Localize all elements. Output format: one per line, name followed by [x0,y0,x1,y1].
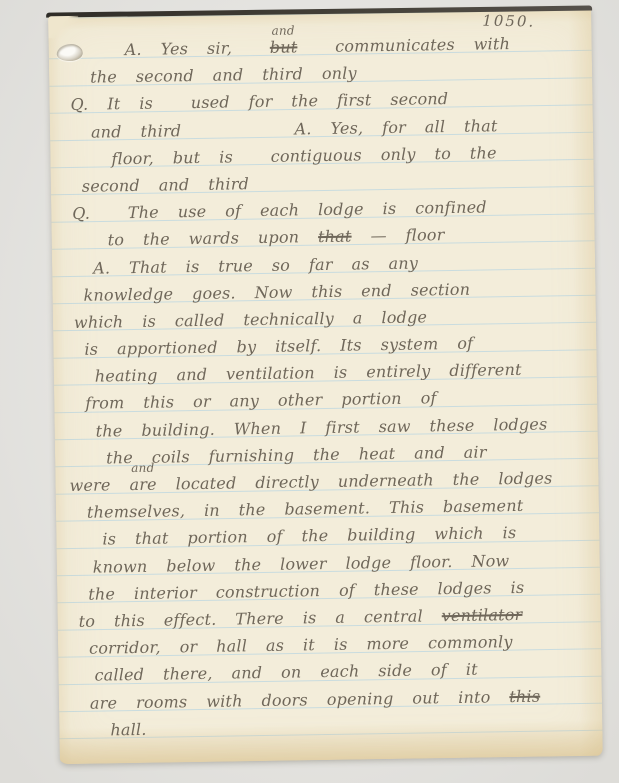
text-segment: the interior construction of these lodge… [88,578,524,604]
inserted-word-above: and [271,24,294,36]
scan-background: 1050. A. Yes sir, butand communicates wi… [0,0,619,783]
text-segment: A. That is true so far as any [93,253,418,277]
text-segment: located directly underneath the lodges [157,468,553,493]
text-segment: Q. The use of each lodge is confined [72,198,487,224]
text-segment: and third A. Yes, for all that [91,116,498,141]
text-segment: is apportioned by itself. Its system of [84,334,473,359]
struck-word: butand [270,37,298,56]
text-segment: A. Yes sir, [125,38,270,59]
manuscript-page: 1050. A. Yes sir, butand communicates wi… [48,8,603,764]
text-segment: the building. When I first saw these lod… [96,414,548,440]
struck-word: ventilator [442,605,523,625]
text-segment: areand [129,475,157,494]
text-segment: to this effect. There is a central [79,606,442,631]
text-segment: from this or any other portion of [85,389,437,414]
manuscript-text: A. Yes sir, butand communicates withthe … [48,29,602,744]
text-segment: called there, and on each side of it [94,660,478,685]
text-segment: is that portion of the building which is [102,523,516,549]
text-segment: themselves, in the basement. This baseme… [87,496,524,522]
text-segment: knowledge goes. Now this end section [83,279,470,304]
text-segment: — floor [351,225,444,245]
corner-fold [48,16,78,38]
struck-word: this [509,686,540,705]
text-segment: second and third [82,174,250,196]
text-segment: corridor, or hall as it is more commonly [89,632,513,658]
struck-word: that [318,227,352,247]
text-segment: floor, but is contiguous only to the [111,143,497,168]
text-segment: heating and ventilation is entirely diff… [95,360,522,386]
text-segment: communicates with [297,34,510,56]
text-segment: to the wards upon [108,227,319,249]
text-segment: are rooms with doors opening out into [90,687,510,713]
text-segment: were [69,475,129,495]
text-segment: the coils furnishing the heat and air [106,442,487,467]
text-segment: known below the lower lodge floor. Now [93,551,510,577]
inserted-word-above: and [131,462,154,474]
text-segment: Q. It is used for the first second [70,89,448,114]
text-segment: the second and third only [90,64,357,87]
page-number: 1050. [482,12,535,31]
text-segment: which is called technically a lodge [74,307,427,332]
text-segment: hall. [110,720,146,740]
